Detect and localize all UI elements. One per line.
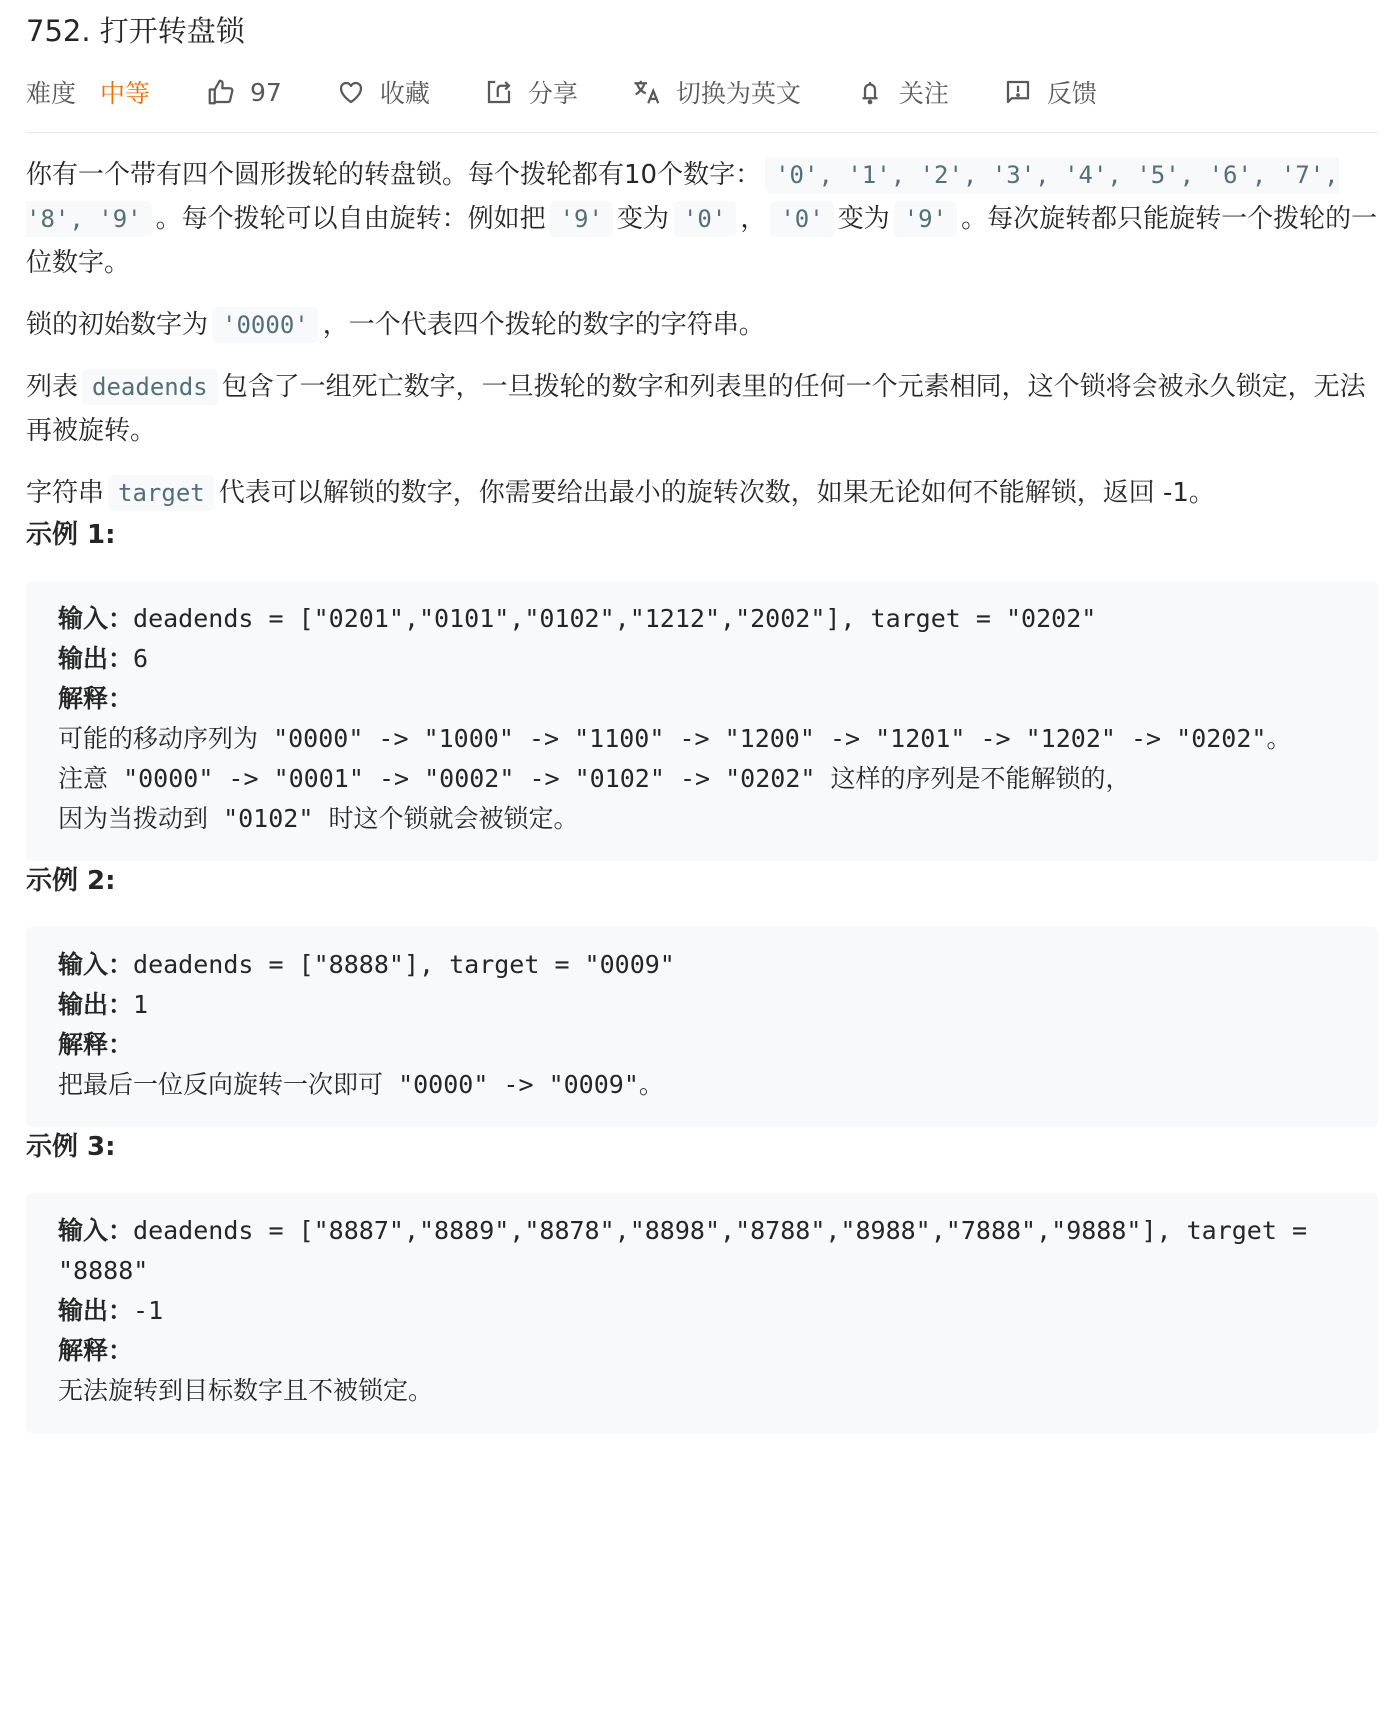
input-label: 输入：: [58, 1216, 133, 1245]
explain-code: "0000" -> "0009": [383, 1070, 639, 1099]
text: 列表: [26, 372, 78, 402]
feedback-button[interactable]: 反馈: [1003, 74, 1097, 110]
description-paragraph-4: 字符串target代表可以解锁的数字，你需要给出最小的旋转次数，如果无论如何不能…: [26, 471, 1384, 515]
favorite-button[interactable]: 收藏: [336, 74, 430, 110]
header-divider: [26, 132, 1378, 133]
follow-label: 关注: [899, 74, 949, 110]
feedback-label: 反馈: [1047, 74, 1097, 110]
description-paragraph-1: 你有一个带有四个圆形拨轮的转盘锁。每个拨轮都有10个数字：'0', '1', '…: [26, 153, 1384, 285]
explain-label: 解释：: [58, 684, 133, 713]
output-value: 6: [133, 644, 148, 673]
like-button[interactable]: 97: [206, 77, 282, 107]
text: 代表可以解锁的数字，你需要给出最小的旋转次数，如果无论如何不能解锁，返回 -1。: [219, 478, 1215, 508]
translate-label: 切换为英文: [676, 74, 801, 110]
example-3-title: 示例 3:: [26, 1127, 1384, 1167]
input-label: 输入：: [58, 950, 133, 979]
inline-code: target: [108, 475, 215, 511]
share-icon: [484, 77, 514, 107]
input-value: deadends = ["0201","0101","0102","1212",…: [133, 604, 1096, 633]
share-button[interactable]: 分享: [484, 74, 578, 110]
example-1-title: 示例 1:: [26, 515, 1384, 555]
explain-text: 因为当拨动到: [58, 804, 208, 833]
translate-button[interactable]: 切换为英文: [632, 74, 801, 110]
example-2-block: 输入：deadends = ["8888"], target = "0009" …: [26, 927, 1378, 1127]
difficulty-badge: 中等: [100, 74, 150, 110]
input-label: 输入：: [58, 604, 133, 633]
follow-button[interactable]: 关注: [855, 74, 949, 110]
description-paragraph-3: 列表deadends包含了一组死亡数字，一旦拨轮的数字和列表里的任何一个元素相同…: [26, 365, 1384, 453]
explain-code: "0000" -> "0001" -> "0002" -> "0102" -> …: [108, 764, 830, 793]
example-1-block: 输入：deadends = ["0201","0101","0102","121…: [26, 581, 1378, 861]
explain-code: "0000" -> "1000" -> "1100" -> "1200" -> …: [258, 724, 1266, 753]
explain-label: 解释：: [58, 1030, 133, 1059]
text: 你有一个带有四个圆形拨轮的转盘锁。每个拨轮都有10个数字：: [26, 160, 761, 190]
text: ，: [740, 204, 766, 234]
inline-code: deadends: [82, 369, 218, 405]
favorite-label: 收藏: [380, 74, 430, 110]
explain-text: 。: [1266, 724, 1291, 753]
feedback-icon: [1003, 77, 1033, 107]
problem-page: 752. 打开转盘锁 难度 中等 97 收藏 分享 切换为英文 关注 反馈: [0, 0, 1388, 1433]
text: 。每个拨轮可以自由旋转：例如把: [156, 204, 546, 234]
explain-code: "0102": [208, 804, 328, 833]
heart-icon: [336, 77, 366, 107]
output-value: -1: [133, 1296, 163, 1325]
difficulty: 难度 中等: [26, 74, 150, 110]
output-value: 1: [133, 990, 148, 1019]
output-label: 输出：: [58, 644, 133, 673]
problem-toolbar: 难度 中等 97 收藏 分享 切换为英文 关注 反馈: [26, 62, 1378, 122]
text: 锁的初始数字为: [26, 310, 208, 340]
explain-text: 注意: [58, 764, 108, 793]
description-paragraph-2: 锁的初始数字为'0000'，一个代表四个拨轮的数字的字符串。: [26, 303, 1384, 347]
text: 字符串: [26, 478, 104, 508]
like-count: 97: [250, 78, 282, 107]
example-2-title: 示例 2:: [26, 861, 1384, 901]
explain-label: 解释：: [58, 1336, 133, 1365]
input-value: deadends = ["8888"], target = "0009": [133, 950, 675, 979]
output-label: 输出：: [58, 1296, 133, 1325]
example-3-block: 输入：deadends = ["8887","8889","8878","889…: [26, 1193, 1378, 1433]
thumbs-up-icon: [206, 77, 236, 107]
explain-text: 把最后一位反向旋转一次即可: [58, 1070, 383, 1099]
inline-code: '9': [550, 201, 613, 237]
explain-text: 这样的序列是不能解锁的，: [830, 764, 1130, 793]
inline-code: '9': [894, 201, 957, 237]
bell-icon: [855, 77, 885, 107]
problem-description: 你有一个带有四个圆形拨轮的转盘锁。每个拨轮都有10个数字：'0', '1', '…: [26, 153, 1384, 1433]
text: ，一个代表四个拨轮的数字的字符串。: [323, 310, 765, 340]
explain-text: 无法旋转到目标数字且不被锁定。: [58, 1376, 433, 1405]
inline-code: '0000': [212, 307, 319, 343]
explain-text: 可能的移动序列为: [58, 724, 258, 753]
share-label: 分享: [528, 74, 578, 110]
text: 包含了一组死亡数字，一旦拨轮的数字和列表里的任何一个元素相同，这个锁将会被永久锁…: [26, 372, 1366, 446]
inline-code: '0': [673, 201, 736, 237]
output-label: 输出：: [58, 990, 133, 1019]
text: 变为: [838, 204, 890, 234]
page-title: 752. 打开转盘锁: [26, 0, 1378, 50]
explain-text: 时这个锁就会被锁定。: [328, 804, 578, 833]
input-value: deadends = ["8887","8889","8878","8898",…: [58, 1216, 1322, 1285]
text: 变为: [617, 204, 669, 234]
inline-code: '0': [770, 201, 833, 237]
explain-text: 。: [639, 1070, 664, 1099]
difficulty-label: 难度: [26, 74, 76, 110]
translate-icon: [632, 77, 662, 107]
